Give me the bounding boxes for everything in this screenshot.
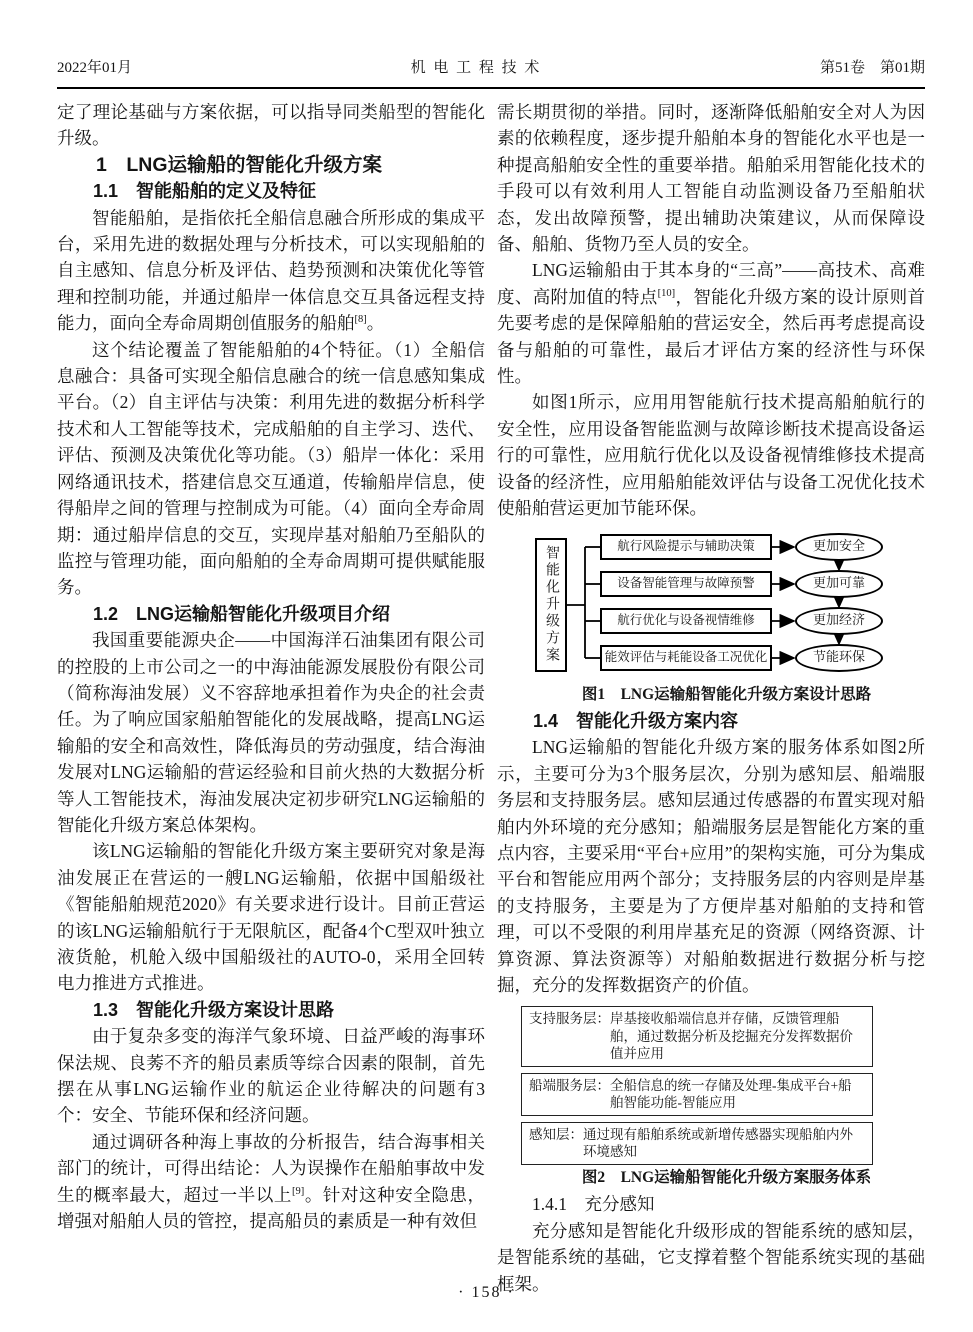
figure1-ellipse-safer: 更加安全 xyxy=(795,533,883,561)
paragraph: 通过调研各种海上事故的分析报告，结合海事相关部门的统计，可得出结论：人为误操作在… xyxy=(57,1129,485,1235)
journal-page: 2022年01月 机 电 工 程 技 术 第51卷 第01期 定了理论基础与方案… xyxy=(0,0,973,1332)
figure1-box-energy-efficiency: 能效评估与耗能设备工况优化 xyxy=(600,645,772,671)
section-heading-1-1: 1.1 智能船舶的定义及特征 xyxy=(57,178,485,204)
section-heading-1-4-1: 1.4.1 充分感知 xyxy=(497,1191,925,1217)
figure1-flowchart: 智能化升级方案 航行风险提示与辅助决策 设备智能管理与故障预警 航行优化与设备视… xyxy=(497,530,925,682)
figure2-perception-layer-text: 通过现有船舶系统或新增传感器实现船舶内外环境感知 xyxy=(583,1126,865,1161)
figure2-support-layer-text: 岸基接收船端信息并存储，反馈管理船舶，通过数据分析及挖掘充分发挥数据价值并应用 xyxy=(610,1010,865,1063)
header-date: 2022年01月 xyxy=(57,56,132,77)
section-heading-1-3: 1.3 智能化升级方案设计思路 xyxy=(57,997,485,1023)
paragraph: 该LNG运输船的智能化升级方案主要研究对象是海油发展正在营运的一艘LNG运输船，… xyxy=(57,838,485,996)
paragraph: 我国重要能源央企——中国海洋石油集团有限公司的控股的上市公司之一的中海油能源发展… xyxy=(57,627,485,838)
figure2-caption: 图2 LNG运输船智能化升级方案服务体系 xyxy=(497,1165,925,1191)
section-heading-1-4: 1.4 智能化升级方案内容 xyxy=(497,708,925,734)
figure2-perception-layer-box: 感知层： 通过现有船舶系统或新增传感器实现船舶内外环境感知 xyxy=(521,1122,873,1165)
paragraph: 需长期贯彻的举措。同时，逐渐降低船舶安全对人为因素的依赖程度，逐步提升船舶本身的… xyxy=(497,99,925,257)
section-heading-1: 1 LNG运输船的智能化升级方案 xyxy=(57,152,485,178)
paragraph: LNG运输船的智能化升级方案的服务体系如图2所示，主要可分为3个服务层次，分别为… xyxy=(497,734,925,998)
figure2-service-layers: 支持服务层： 岸基接收船端信息并存储，反馈管理船舶，通过数据分析及挖掘充分发挥数… xyxy=(521,1006,873,1165)
figure1-box-voyage-optimization: 航行优化与设备视情维修 xyxy=(600,608,772,634)
paragraph: 定了理论基础与方案依据，可以指导同类船型的智能化升级。 xyxy=(57,99,485,152)
figure1-ellipse-eco-friendly: 节能环保 xyxy=(795,644,883,672)
header-rule xyxy=(57,87,925,89)
paragraph: 智能船舶，是指依托全船信息融合所形成的集成平台，采用先进的数据处理与分析技术，可… xyxy=(57,205,485,337)
figure1-box-equipment-management: 设备智能管理与故障预警 xyxy=(600,571,772,597)
figure2-shipside-layer-text: 全船信息的统一存储及处理-集成平台+船舶智能功能-智能应用 xyxy=(610,1077,865,1112)
page-number: · 158 · xyxy=(0,1284,973,1302)
figure1-box-navigation-risk: 航行风险提示与辅助决策 xyxy=(600,534,772,560)
paragraph: 由于复杂多变的海洋气象环境、日益严峻的海事环保法规、良莠不齐的船员素质等综合因素… xyxy=(57,1023,485,1129)
figure2-perception-layer-label: 感知层： xyxy=(529,1126,583,1161)
figure1-ellipse-more-reliable: 更加可靠 xyxy=(795,570,883,598)
figure2-support-layer-label: 支持服务层： xyxy=(529,1010,610,1063)
left-column: 定了理论基础与方案依据，可以指导同类船型的智能化升级。 1 LNG运输船的智能化… xyxy=(57,99,485,1297)
figure2-shipside-layer-label: 船端服务层： xyxy=(529,1077,610,1112)
section-heading-1-2: 1.2 LNG运输船智能化升级项目介绍 xyxy=(57,601,485,627)
paragraph: 这个结论覆盖了智能船舶的4个特征。（1）全船信息融合：具备可实现全船信息融合的统… xyxy=(57,337,485,601)
figure2-support-layer-box: 支持服务层： 岸基接收船端信息并存储，反馈管理船舶，通过数据分析及挖掘充分发挥数… xyxy=(521,1006,873,1067)
article-body: 定了理论基础与方案依据，可以指导同类船型的智能化升级。 1 LNG运输船的智能化… xyxy=(57,99,925,1297)
figure1-caption: 图1 LNG运输船智能化升级方案设计思路 xyxy=(497,682,925,708)
page-header: 2022年01月 机 电 工 程 技 术 第51卷 第01期 xyxy=(57,56,925,77)
citation-ref: [10] xyxy=(658,288,676,299)
figure1-root-box: 智能化升级方案 xyxy=(535,538,567,672)
paragraph: LNG运输船由于其本身的“三高”——高技术、高难度、高附加值的特点[10]，智能… xyxy=(497,257,925,389)
citation-ref: [8] xyxy=(355,314,367,325)
citation-ref: [9] xyxy=(292,1186,304,1197)
figure2-shipside-layer-box: 船端服务层： 全船信息的统一存储及处理-集成平台+船舶智能功能-智能应用 xyxy=(521,1073,873,1116)
paragraph-text: 智能船舶，是指依托全船信息融合所形成的集成平台，采用先进的数据处理与分析技术，可… xyxy=(57,208,485,334)
paragraph: 如图1所示，应用用智能航行技术提高船舶航行的安全性，应用设备智能监测与故障诊断技… xyxy=(497,389,925,521)
header-volume-issue: 第51卷 第01期 xyxy=(820,56,925,77)
figure1-ellipse-more-economical: 更加经济 xyxy=(795,607,883,635)
paragraph-text: 。 xyxy=(367,313,385,333)
header-journal-title: 机 电 工 程 技 术 xyxy=(411,56,542,77)
right-column: 需长期贯彻的举措。同时，逐渐降低船舶安全对人为因素的依赖程度，逐步提升船舶本身的… xyxy=(497,99,925,1297)
